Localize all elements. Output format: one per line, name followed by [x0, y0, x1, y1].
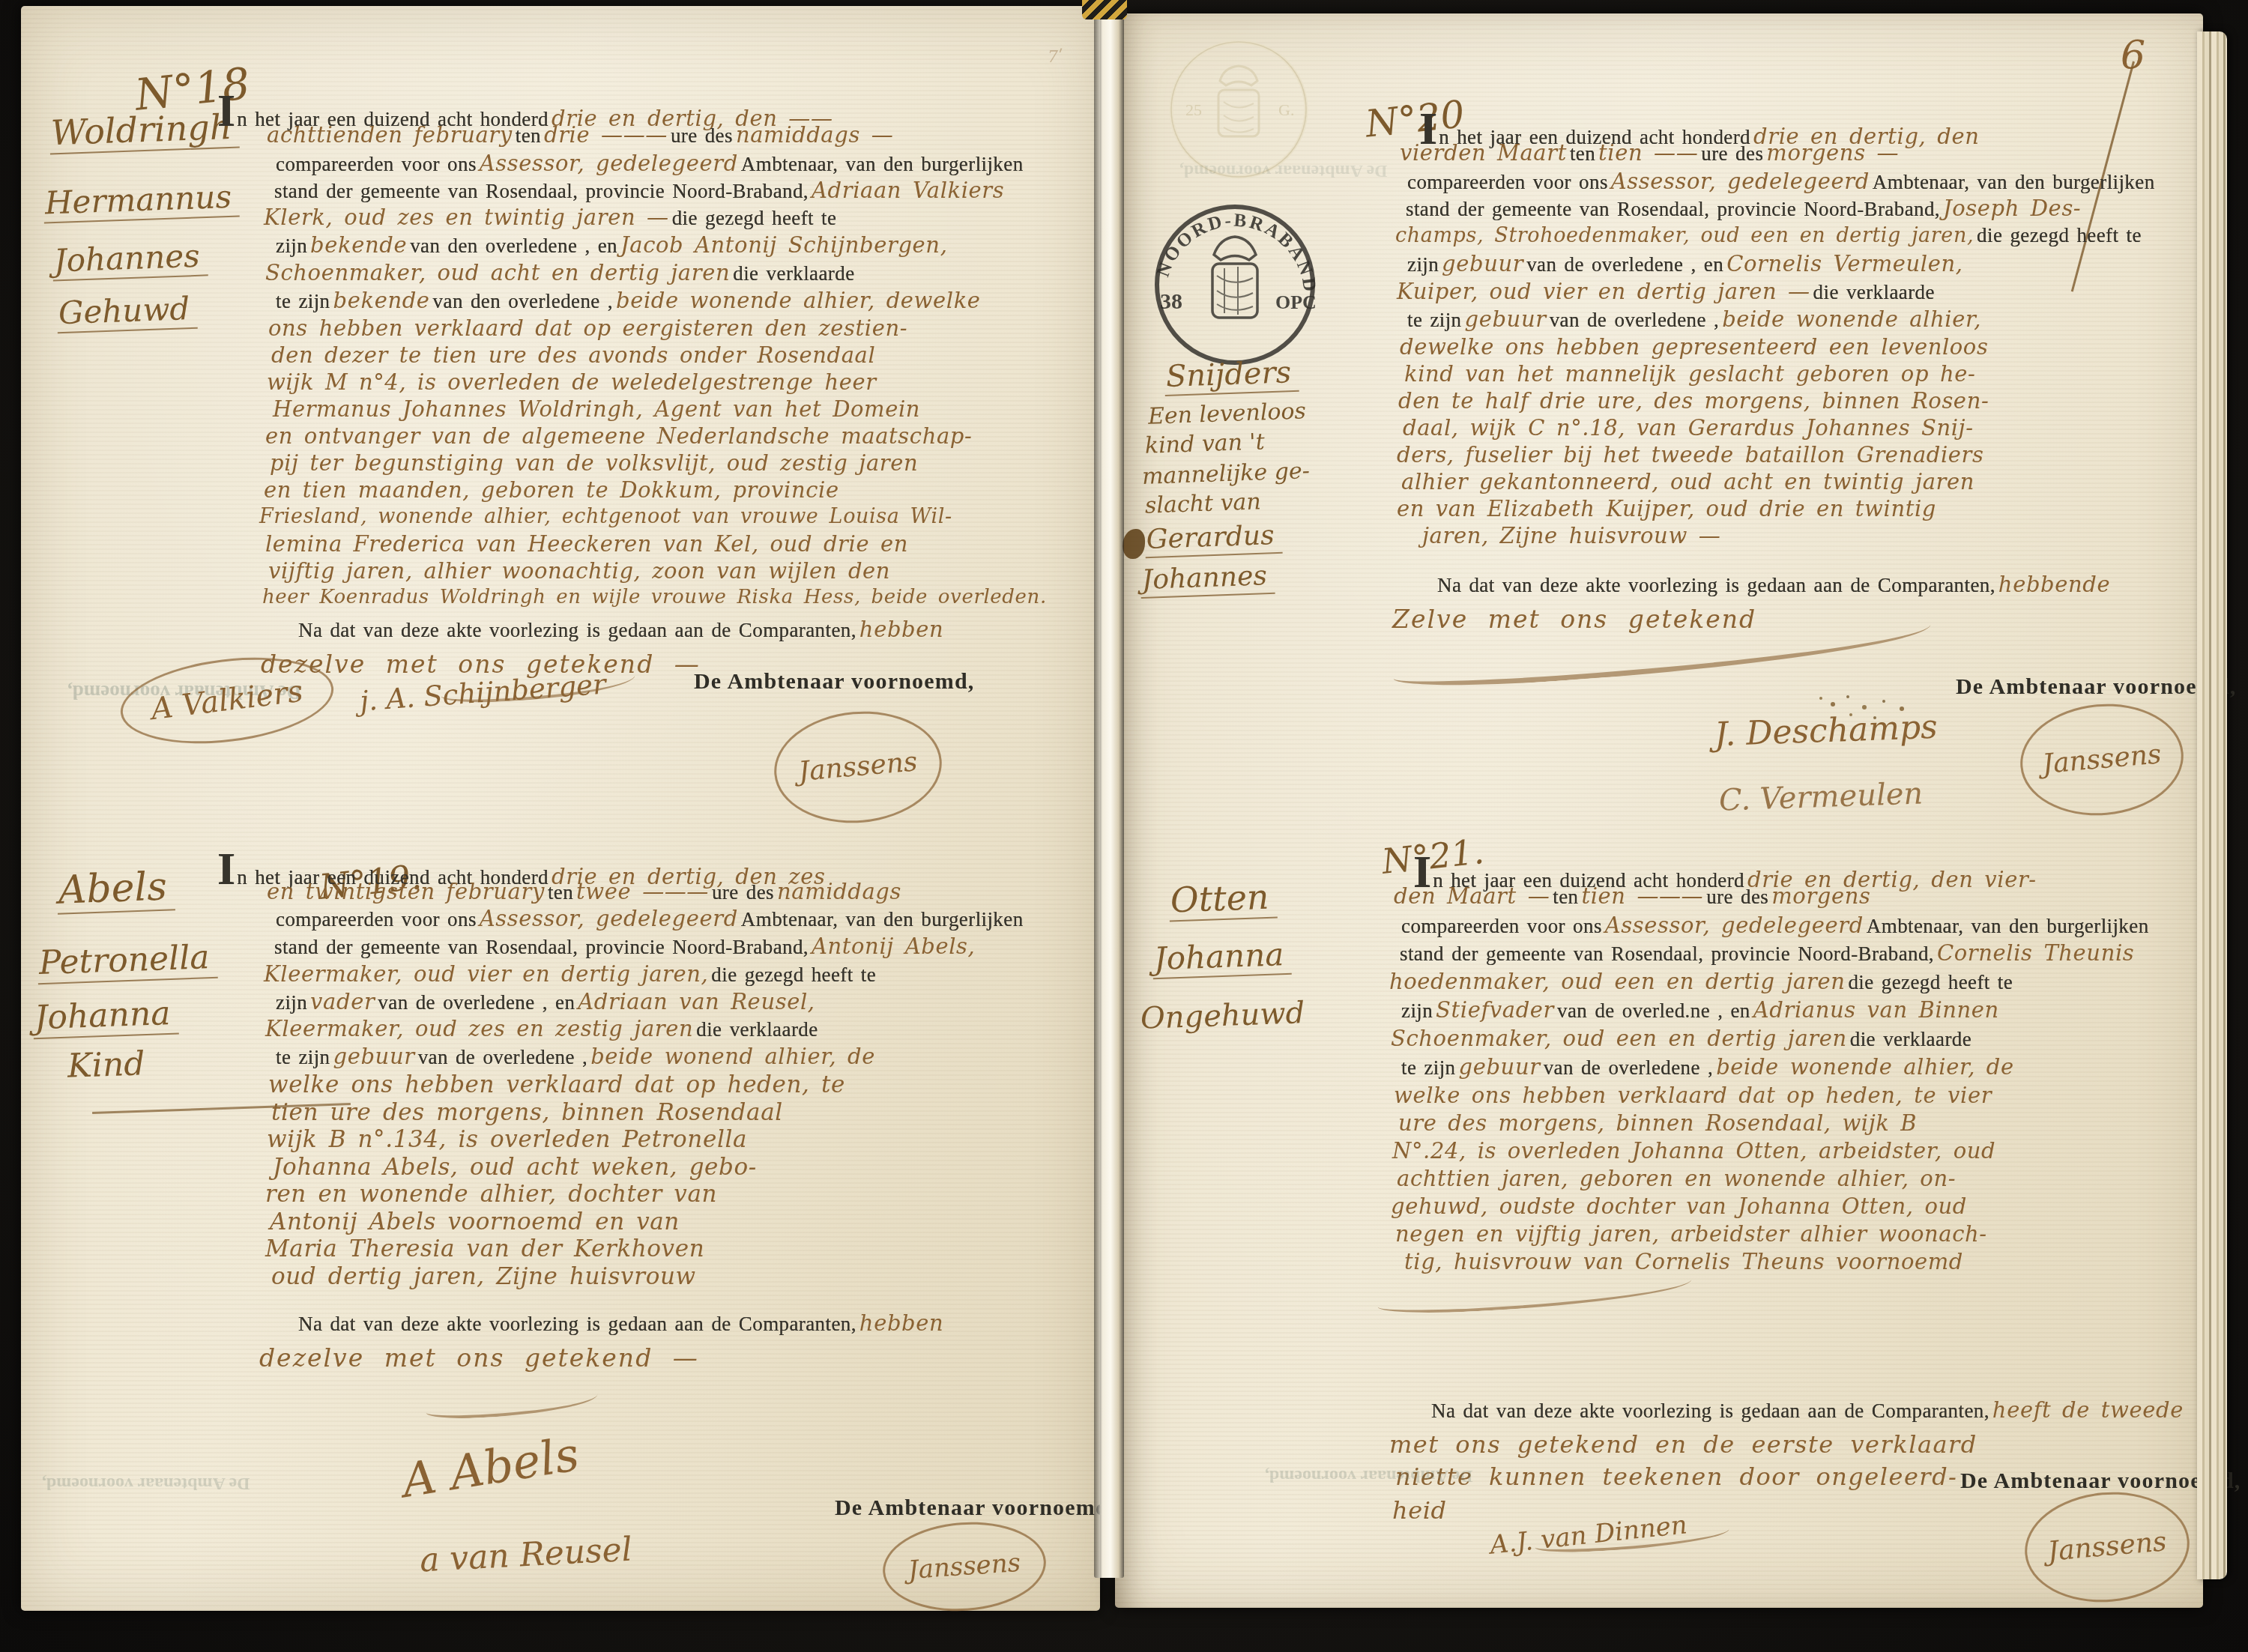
text-line: compareerden voor ons Assessor, gedelege…	[276, 153, 1024, 175]
printed-text: die gezegd heeft te	[1848, 971, 2013, 993]
handwritten-text: Antonij Abels,	[812, 934, 975, 959]
margin-name-johannes: Johannes	[1140, 563, 1275, 599]
printed-text: Ambtenaar, van den burgerlijken	[741, 908, 1024, 931]
printed-text: zijn	[276, 235, 307, 257]
signature-text: Janssens	[907, 1550, 1021, 1583]
handwritten-text: vader	[310, 989, 375, 1014]
margin-status-ongehuwd: Ongehuwd	[1140, 998, 1305, 1034]
text-line: zijn Stiefvader van de overled.ne , en A…	[1401, 999, 1999, 1021]
printed-text: die verklaarde	[1850, 1028, 1971, 1050]
handwritten-text: ons hebben verklaard dat op eergisteren …	[268, 315, 907, 341]
printed-text: zijn	[1401, 999, 1433, 1022]
signature-text: Janssens	[2046, 1528, 2168, 1566]
signature-abels: A Abels	[399, 1431, 582, 1504]
signature-text: Janssens	[2041, 741, 2163, 778]
printed-text: die verklaarde	[733, 262, 854, 285]
stamp-arc-text: NOORD-BRABAND.	[1149, 199, 1320, 294]
bleedthrough-text: De Ambtenaar voornoemd,	[42, 1473, 250, 1493]
text-line: vijftig jaren, alhier woonachtig, zoon v…	[268, 560, 890, 582]
handwritten-text: Maria Theresia van der Kerkhoven	[265, 1235, 704, 1262]
handwritten-text: jaren, Zijne huisvrouw —	[1422, 523, 1720, 548]
text-line: alhier gekantonneerd, oud acht en twinti…	[1401, 471, 1974, 493]
handwritten-text: wijk B n°.134, is overleden Petronella	[267, 1126, 747, 1153]
handwritten-text: Jacob Antonij Schijnbergen,	[620, 232, 947, 258]
printed-text: van de overledene , en	[378, 991, 575, 1014]
text-line: wijk B n°.134, is overleden Petronella	[267, 1128, 747, 1152]
scanned-register-photo: { "page_number": "6", "faint_mark": "7ʹ"…	[0, 0, 2248, 1652]
handwritten-text: champs, Strohoedenmaker, oud een en dert…	[1395, 224, 1974, 247]
text-line: ons hebben verklaard dat op eergisteren …	[268, 318, 907, 339]
handwritten-text: tien ure des morgens, binnen Rosendaal	[271, 1099, 783, 1126]
signature-janssens: Janssens	[2016, 698, 2188, 822]
handwritten-text: bekende	[310, 232, 407, 258]
handwritten-text: dewelke ons hebben gepresenteerd een lev…	[1400, 334, 1988, 360]
handwritten-text: tien ———	[1581, 883, 1703, 909]
text-line: ren en wonende alhier, dochter van	[265, 1183, 717, 1206]
text-line: kind van het mannelijk geslacht geboren …	[1404, 363, 1975, 385]
printed-text: ten	[1570, 142, 1595, 165]
printed-text: compareerden voor ons	[276, 908, 477, 931]
text-line: Kleermaker, oud zes en zestig jaren die …	[265, 1018, 818, 1040]
handwritten-text: en van Elizabeth Kuijper, oud drie en tw…	[1397, 496, 1936, 521]
handwritten-text: morgens	[1771, 883, 1870, 909]
text-line: negen en vijftig jaren, arbeidster alhie…	[1395, 1223, 1987, 1245]
margin-name-johanna: Johanna	[1152, 939, 1292, 979]
margin-name-johannes: Johannes	[52, 240, 208, 281]
handwritten-text: gebuur	[333, 1044, 415, 1069]
text-line: te zijn gebuur van de overledene , beide…	[276, 1046, 875, 1068]
text-line: tien ure des morgens, binnen Rosendaal	[271, 1101, 783, 1125]
printed-text: die verklaarde	[696, 1018, 818, 1041]
emboss-value: G.	[1278, 100, 1294, 119]
printed-text: compareerden voor ons	[276, 153, 477, 175]
handwritten-text: Antonij Abels voornoemd en van	[270, 1208, 680, 1235]
signature-text: A Valkiers	[149, 677, 304, 725]
handwritten-text: Adriaan van Reusel,	[578, 989, 815, 1014]
text-line: gehuwd, oudste dochter van Johanna Otten…	[1391, 1196, 1967, 1217]
text-line: stand der gemeente van Rosendaal, provin…	[274, 180, 1004, 202]
handwritten-text: Stiefvader	[1436, 997, 1554, 1023]
handwritten-text: lemina Frederica van Heeckeren van Kel, …	[265, 531, 908, 557]
printed-text: te zijn	[1407, 309, 1462, 331]
handwritten-text: Friesland, wonende alhier, echtgenoot va…	[259, 505, 952, 528]
text-line: welke ons hebben verklaard dat op heden,…	[1394, 1085, 1992, 1107]
official-caption: De Ambtenaar voornoemd,	[1956, 674, 2237, 700]
text-line: en ontvanger van de algemeene Nederlands…	[265, 426, 972, 447]
handwritten-text: namiddags	[777, 879, 901, 904]
handwritten-text: twee ———	[576, 879, 709, 904]
text-line: heer Koenradus Woldringh en wijle vrouwe…	[262, 587, 1047, 607]
svg-text:NOORD-BRABAND.: NOORD-BRABAND.	[1149, 199, 1320, 294]
text-line: en tien maanden, geboren te Dokkum, prov…	[264, 479, 839, 501]
text-line: achttienden february ten drie ——— ure de…	[267, 124, 893, 146]
text-line: ure des morgens, binnen Rosendaal, wijk …	[1398, 1113, 1917, 1134]
text-line: achttien jaren, geboren en wonende alhie…	[1397, 1168, 1956, 1190]
handwritten-text: tien ——	[1598, 140, 1698, 166]
handwritten-text: morgens —	[1766, 140, 1899, 166]
text-line: Na dat van deze akte voorlezing is gedaa…	[1431, 1400, 2184, 1421]
margin-note-line: slacht van	[1145, 491, 1262, 517]
handwritten-text: hebbende	[1998, 572, 2110, 597]
handwritten-text: Assessor, gedelegeerd	[1611, 169, 1870, 194]
handwritten-text: en twintigsten february	[267, 879, 545, 904]
printed-text: ure des	[1706, 886, 1768, 908]
text-line: Na dat van deze akte voorlezing is gedaa…	[298, 619, 943, 641]
text-line: Johanna Abels, oud acht weken, gebo-	[273, 1156, 757, 1179]
text-line: welke ons hebben verklaard dat op heden,…	[268, 1074, 845, 1097]
signature-text: Janssens	[797, 748, 919, 786]
text-line: oud dertig jaren, Zijne huisvrouw	[271, 1265, 696, 1289]
handwritten-text: daal, wijk C n°.18, van Gerardus Johanne…	[1403, 415, 1974, 441]
printed-text: ten	[1553, 886, 1578, 908]
handwritten-text: drie ———	[544, 122, 668, 148]
printed-text: te zijn	[276, 290, 330, 312]
handwritten-text: heeft de tweede	[1992, 1397, 2184, 1423]
printed-text: zijn	[276, 991, 307, 1014]
handwritten-text: beide wonende alhier, de	[1716, 1054, 2014, 1080]
handwritten-text: heid	[1392, 1496, 1447, 1525]
margin-status-kind: Kind	[67, 1047, 145, 1083]
printed-text: ure des	[1701, 142, 1763, 165]
printed-text: Na dat van deze akte voorlezing is gedaa…	[298, 1313, 856, 1335]
text-line: N°.24, is overleden Johanna Otten, arbei…	[1392, 1140, 1995, 1162]
text-line: Na dat van deze akte voorlezing is gedaa…	[298, 1313, 943, 1334]
handwritten-text: Kuiper, oud vier en dertig jaren —	[1397, 279, 1810, 304]
handwritten-text: Assessor, gedelegeerd	[480, 151, 738, 176]
text-line: te zijn bekende van den overledene , bei…	[276, 290, 981, 312]
register-page-right: 6 25 G. NOORD-BRABAND. 38 OPC De Ambtena…	[1115, 13, 2203, 1608]
text-line: Schoenmaker, oud een en dertig jaren die…	[1391, 1028, 1971, 1050]
handwritten-text: kind van het mannelijk geslacht geboren …	[1404, 361, 1975, 387]
handwritten-text: heer Koenradus Woldringh en wijle vrouwe…	[262, 586, 1047, 608]
text-line: den te half drie ure, des morgens, binne…	[1398, 390, 1989, 412]
handwritten-text: namiddags —	[736, 122, 893, 148]
margin-note-line: mannelijke ge-	[1142, 460, 1311, 488]
emboss-value: 25	[1185, 100, 1202, 119]
handwritten-text: wijk M n°4, is overleden de weledelgestr…	[267, 369, 877, 395]
printed-text: stand der gemeente van Rosendaal, provin…	[1400, 943, 1934, 965]
noord-braband-stamp: NOORD-BRABAND. 38 OPC	[1149, 199, 1320, 370]
text-line: compareerden voor ons Assessor, gedelege…	[1407, 171, 2155, 193]
text-line: zijn gebuur van de overledene , en Corne…	[1407, 253, 1963, 275]
handwritten-text: Cornelis Theunis	[1937, 940, 2134, 966]
handwritten-text: en ontvanger van de algemeene Nederlands…	[265, 423, 972, 449]
margin-name-johanna: Johanna	[32, 997, 178, 1040]
bleedthrough-text: De Ambtenaar voornoemd,	[1179, 160, 1388, 181]
page-number-text: 6	[2121, 33, 2146, 78]
text-line: compareerden voor ons Assessor, gedelege…	[276, 908, 1024, 930]
stamp-value: OPC	[1275, 291, 1317, 313]
handwritten-text: Schoenmaker, oud acht en dertig jaren	[265, 260, 730, 285]
handwritten-text: gebuur	[1442, 251, 1523, 276]
signature-van-reusel: a van Reusel	[419, 1534, 633, 1578]
handwritten-text: ren en wonende alhier, dochter van	[265, 1181, 717, 1208]
handwritten-text: Adrianus van Binnen	[1753, 997, 1999, 1023]
text-line: lemina Frederica van Heeckeren van Kel, …	[265, 533, 908, 555]
handwritten-text: den te half drie ure, des morgens, binne…	[1398, 388, 1989, 414]
text-line: Kleermaker, oud vier en dertig jaren, di…	[264, 963, 876, 985]
text-line: Hermanus Johannes Woldringh, Agent van h…	[273, 399, 920, 420]
text-line: Kuiper, oud vier en dertig jaren — die v…	[1397, 281, 1935, 303]
handwritten-text: Cornelis Vermeulen,	[1726, 251, 1963, 276]
text-line: jaren, Zijne huisvrouw —	[1422, 525, 1720, 547]
printed-text: te zijn	[1401, 1056, 1456, 1079]
text-line: met ons getekend en de eerste verklaard	[1389, 1432, 1977, 1456]
handwritten-text: Schoenmaker, oud een en dertig jaren	[1391, 1026, 1847, 1051]
margin-name-snijders: Snijders	[1164, 357, 1299, 396]
margin-status-gehuwd: Gehuwd	[56, 293, 198, 334]
text-line: niette kunnen teekenen door ongeleerd-	[1395, 1465, 1957, 1489]
handwritten-text: alhier gekantonneerd, oud acht en twinti…	[1401, 469, 1974, 494]
printed-text: Na dat van deze akte voorlezing is gedaa…	[1431, 1400, 1989, 1422]
text-line: Klerk, oud zes en twintig jaren — die ge…	[264, 207, 836, 229]
printed-text: die gezegd heeft te	[711, 963, 876, 986]
printed-text: ure des	[671, 124, 733, 147]
printed-text: van de overledene , en	[1526, 253, 1723, 276]
text-line: compareerden voor ons Assessor, gedelege…	[1401, 915, 2149, 937]
margin-name-otten: Otten	[1168, 880, 1277, 922]
handwritten-text: Adriaan Valkiers	[812, 178, 1004, 203]
text-line: ders, fuselier bij het tweede bataillon …	[1397, 444, 1984, 466]
printed-text: te zijn	[276, 1046, 330, 1068]
handwritten-text: Joseph Des-	[1943, 196, 2081, 221]
printed-text: van de overledene ,	[418, 1046, 588, 1068]
handwritten-text: pij ter begunstiging van de volksvlijt, …	[270, 450, 918, 476]
text-line: hoedenmaker, oud een en dertig jaren die…	[1389, 971, 2013, 993]
printed-text: die verklaarde	[1813, 281, 1935, 303]
printed-text: Na dat van deze akte voorlezing is gedaa…	[1437, 574, 1995, 596]
printed-text: ten	[516, 124, 541, 147]
handwritten-text: hebben	[859, 617, 943, 642]
signature-janssens: Janssens	[880, 1517, 1049, 1617]
handwritten-text: vijftig jaren, alhier woonachtig, zoon v…	[268, 558, 890, 584]
text-line: Schoenmaker, oud acht en dertig jaren di…	[265, 262, 855, 284]
handwritten-text: gehuwd, oudste dochter van Johanna Otten…	[1391, 1193, 1967, 1219]
printed-text: Ambtenaar, van den burgerlijken	[741, 153, 1024, 175]
margin-note-line: kind van 't	[1145, 431, 1266, 458]
signature-vermeulen: C. Vermeulen	[1718, 778, 1923, 815]
margin-note-line: Een levenloos	[1148, 400, 1307, 428]
pen-flourish	[425, 1386, 598, 1420]
text-line: Antonij Abels voornoemd en van	[270, 1211, 680, 1234]
printed-text: die gezegd heeft te	[672, 207, 837, 229]
ink-blot	[1123, 529, 1145, 559]
bookmark-ribbon	[1082, 0, 1127, 19]
handwritten-text: oud dertig jaren, Zijne huisvrouw	[271, 1263, 696, 1290]
text-line: en van Elizabeth Kuijper, oud drie en tw…	[1397, 498, 1936, 520]
printed-text: die gezegd heeft te	[1977, 224, 2142, 246]
handwritten-text: Assessor, gedelegeerd	[1605, 913, 1864, 938]
handwritten-text: achttien jaren, geboren en wonende alhie…	[1397, 1166, 1956, 1191]
handwritten-text: beide wonend alhier, de	[590, 1044, 875, 1069]
text-line: zijn vader van de overledene , en Adriaa…	[276, 991, 815, 1013]
text-line: Na dat van deze akte voorlezing is gedaa…	[1437, 574, 2110, 596]
printed-text: Ambtenaar, van den burgerlijken	[1873, 171, 2155, 193]
margin-name-petronella: Petronella	[37, 941, 217, 984]
signature-janssens: Janssens	[770, 705, 946, 830]
signature-janssens: Janssens	[2020, 1486, 2194, 1609]
handwritten-text: den Maart —	[1394, 883, 1550, 909]
handwritten-text: dezelve met ons getekend —	[259, 1343, 699, 1373]
official-caption: De Ambtenaar voornoemd,	[835, 1495, 1116, 1521]
printed-text: van den overledene ,	[433, 290, 613, 312]
official-caption: De Ambtenaar voornoemd,	[694, 669, 975, 695]
handwritten-text: vierden Maart	[1400, 140, 1567, 166]
printed-text: stand der gemeente van Rosendaal, provin…	[274, 936, 809, 958]
handwritten-text: hoedenmaker, oud een en dertig jaren	[1389, 969, 1845, 994]
handwritten-text: welke ons hebben verklaard dat op heden,…	[268, 1071, 845, 1098]
handwritten-text: met ons getekend en de eerste verklaard	[1389, 1430, 1977, 1459]
text-line: den Maart — ten tien ——— ure des morgens	[1394, 886, 1871, 907]
handwritten-text: welke ons hebben verklaard dat op heden,…	[1394, 1083, 1992, 1108]
printed-text: compareerden voor ons	[1401, 915, 1602, 937]
text-line: dewelke ons hebben gepresenteerd een lev…	[1400, 336, 1988, 358]
printed-text: van de overledene ,	[1544, 1056, 1714, 1079]
text-line: pij ter begunstiging van de volksvlijt, …	[270, 453, 918, 474]
margin-name-woldringh: Woldringh	[49, 109, 240, 155]
faint-mark-text: 7ʹ	[1048, 48, 1063, 67]
stamp-value: 38	[1160, 289, 1182, 314]
bleedthrough-text: De Ambtenaar voornoemd,	[1265, 1465, 1473, 1486]
handwritten-text: Kleermaker, oud vier en dertig jaren,	[264, 961, 708, 987]
text-line: dezelve met ons getekend —	[259, 1346, 699, 1370]
handwritten-text: Klerk, oud zes en twintig jaren —	[264, 205, 669, 230]
margin-name-gerardus: Gerardus	[1144, 522, 1282, 558]
handwritten-text: beide wonende alhier, dewelke	[616, 288, 981, 313]
printed-text: stand der gemeente van Rosendaal, provin…	[1406, 198, 1940, 220]
handwritten-text: gebuur	[1465, 306, 1547, 332]
text-line: vierden Maart ten tien —— ure des morgen…	[1400, 142, 1899, 164]
text-line: zijn bekende van den overledene , en Jac…	[276, 235, 947, 256]
handwritten-text: negen en vijftig jaren, arbeidster alhie…	[1395, 1221, 1987, 1247]
handwritten-text: bekende	[333, 288, 430, 313]
handwritten-text: hebben	[859, 1310, 943, 1336]
printed-text: compareerden voor ons	[1407, 171, 1608, 193]
text-line: stand der gemeente van Rosendaal, provin…	[1400, 943, 2134, 964]
pen-flourish	[1377, 1270, 1693, 1316]
margin-name-abels: Abels	[56, 867, 175, 914]
text-line: stand der gemeente van Rosendaal, provin…	[1406, 198, 2081, 220]
ink-speckles	[1819, 697, 1822, 700]
printed-text: van de overled.ne , en	[1557, 999, 1750, 1022]
margin-name-hermannus: Hermannus	[43, 181, 240, 223]
text-line: heid	[1392, 1498, 1447, 1522]
handwritten-text: N°.24, is overleden Johanna Otten, arbei…	[1392, 1138, 1995, 1164]
printed-text: van de overledene ,	[1550, 309, 1720, 331]
handwritten-text: Assessor, gedelegeerd	[480, 906, 738, 931]
printed-text: Na dat van deze akte voorlezing is gedaa…	[298, 619, 856, 641]
text-line: te zijn gebuur van de overledene , beide…	[1407, 309, 1981, 330]
handwritten-text: Johanna Abels, oud acht weken, gebo-	[273, 1154, 757, 1181]
text-line: Friesland, wonende alhier, echtgenoot va…	[259, 506, 952, 527]
handwritten-text: achttienden february	[267, 122, 513, 148]
handwritten-text: den dezer te tien ure des avonds onder R…	[271, 342, 875, 368]
page-fore-edge	[2197, 31, 2227, 1579]
handwritten-text: Kleermaker, oud zes en zestig jaren	[265, 1016, 693, 1041]
printed-text: ten	[548, 881, 573, 904]
register-page-left: 7ʹ De Ambtenaar voornoemd, De Ambtenaar …	[21, 6, 1100, 1611]
faint-mark: 7ʹ	[1048, 49, 1063, 66]
handwritten-text: niette kunnen teekenen door ongeleerd-	[1395, 1462, 1957, 1491]
text-line: en twintigsten february ten twee ——— ure…	[267, 881, 901, 903]
binding-ribbon	[1094, 18, 1124, 1578]
page-number: 6	[2121, 36, 2146, 75]
text-line: stand der gemeente van Rosendaal, provin…	[274, 936, 975, 957]
text-line: daal, wijk C n°.18, van Gerardus Johanne…	[1403, 417, 1974, 439]
printed-text: stand der gemeente van Rosendaal, provin…	[274, 180, 809, 202]
signature-deschamps: J. Deschamps	[1714, 711, 1938, 751]
handwritten-text: ure des morgens, binnen Rosendaal, wijk …	[1398, 1110, 1917, 1136]
text-line: Maria Theresia van der Kerkhoven	[265, 1238, 704, 1261]
handwritten-text: Hermanus Johannes Woldringh, Agent van h…	[273, 396, 920, 422]
text-line: te zijn gebuur van de overledene , beide…	[1401, 1056, 2014, 1078]
printed-text: Ambtenaar, van den burgerlijken	[1867, 915, 2149, 937]
printed-text: ure des	[712, 881, 774, 904]
handwritten-text: beide wonende alhier,	[1722, 306, 1981, 332]
handwritten-text: gebuur	[1459, 1054, 1541, 1080]
printed-text: zijn	[1407, 253, 1439, 276]
text-line: den dezer te tien ure des avonds onder R…	[271, 345, 875, 366]
printed-text: van den overledene , en	[410, 235, 617, 257]
handwritten-text: en tien maanden, geboren te Dokkum, prov…	[264, 477, 839, 503]
text-line: champs, Strohoedenmaker, oud een en dert…	[1395, 226, 2142, 246]
text-line: wijk M n°4, is overleden de weledelgestr…	[267, 372, 877, 393]
handwritten-text: ders, fuselier bij het tweede bataillon …	[1397, 442, 1984, 468]
